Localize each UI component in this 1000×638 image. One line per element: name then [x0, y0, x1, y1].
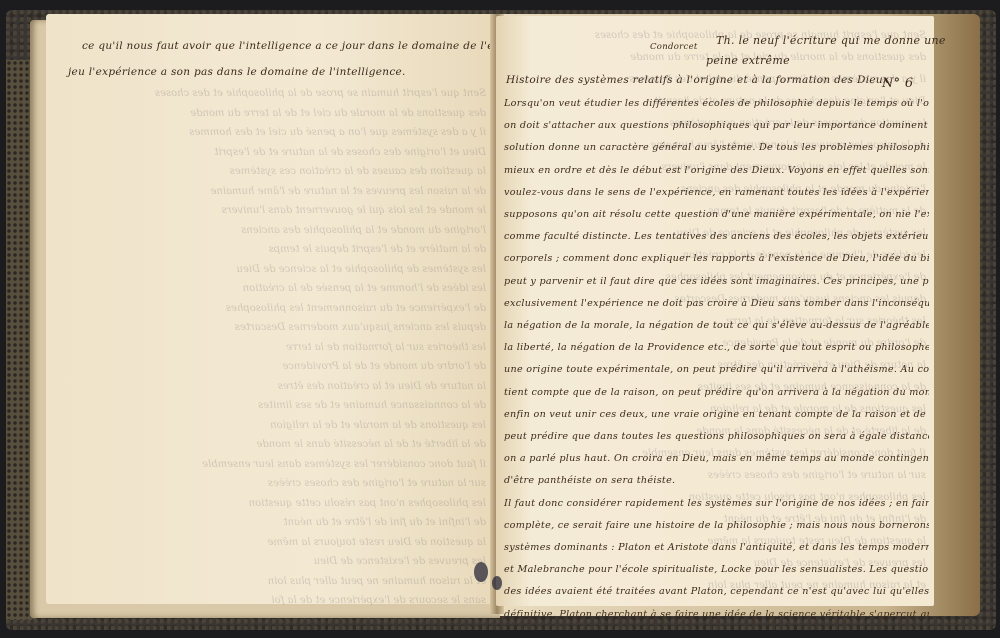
- manuscript-line: exclusivement l'expérience ne doit pas c…: [504, 298, 929, 309]
- manuscript-line: Il faut donc considérer rapidement les s…: [504, 498, 929, 509]
- manuscript-line: on a parlé plus haut. On croira en Dieu,…: [504, 453, 929, 464]
- ink-blot: [474, 562, 488, 582]
- manuscript-line: solution donne un caractère général au s…: [504, 142, 929, 153]
- bleed-through-line: de l'expérience et du raisonnement les p…: [66, 299, 486, 319]
- bleed-through-line: sur la nature et l'origine des choses cr…: [66, 474, 486, 494]
- bleed-through-line: il faut donc considérer les systèmes dan…: [66, 455, 486, 475]
- section-title: Histoire des systèmes relatifs à l'origi…: [506, 74, 893, 86]
- manuscript-line: peut y parvenir et il faut dire que ces …: [504, 276, 929, 287]
- bleed-through-line: sans le secours de l'expérience et de la…: [66, 591, 486, 611]
- manuscript-line: Lorsqu'on veut étudier les différentes é…: [504, 98, 929, 109]
- bleed-through-line: Dieu et l'origine des choses de la natur…: [66, 143, 486, 163]
- manuscript-line: enfin on veut unir ces deux, une vraie o…: [504, 409, 929, 420]
- header-line: Th. le neuf l'écriture qui me donne une: [716, 34, 946, 47]
- bleed-through-line: les idées de l'homme et la pensée de la …: [66, 279, 486, 299]
- manuscript-line: tient compte que de la raison, on peut p…: [504, 387, 929, 398]
- manuscript-line: comme faculté distincte. Les tentatives …: [504, 231, 929, 242]
- left-page-line: jeu l'expérience a son pas dans le domai…: [68, 66, 406, 78]
- bleed-through-line: les preuves de l'existence de Dieu: [66, 552, 486, 572]
- bleed-through-line: les questions de la morale et de la reli…: [66, 416, 486, 436]
- manuscript-line: une origine toute expérimentale, on peut…: [504, 364, 929, 375]
- manuscript-line: corporels ; comment donc expliquer les r…: [504, 253, 929, 264]
- bleed-through-line: des questions de la morale du ciel et de…: [66, 104, 486, 124]
- bleed-through-line: Sent que l'esprit humain se prose de la …: [66, 84, 486, 104]
- manuscript-line: mieux en ordre et dès le début est l'ori…: [504, 165, 929, 176]
- manuscript-line: la liberté, la négation de la Providence…: [504, 342, 929, 353]
- bleed-through-line: les théories sur la formation de la terr…: [66, 338, 486, 358]
- page-number: N° 6: [882, 76, 913, 91]
- bleed-through-line: les systèmes de philosophie et la scienc…: [66, 260, 486, 280]
- bleed-through-line: depuis les anciens jusqu'aux modernes De…: [66, 318, 486, 338]
- bleed-through-line: et la raison humaine ne peut aller plus …: [66, 572, 486, 592]
- bleed-through-line: de la connaissance humaine et de ses lim…: [66, 396, 486, 416]
- bleed-through-line: l'origine du monde et la philosophie des…: [66, 221, 486, 241]
- margin-note: Condorcet: [650, 42, 698, 52]
- bleed-through-line: le monde et les lois qui le gouvernent d…: [66, 201, 486, 221]
- manuscript-line: voulez-vous dans le sens de l'expérience…: [504, 187, 929, 198]
- manuscript-line: d'être panthéiste on sera théiste.: [504, 475, 929, 486]
- manuscript-line: complète, ce serait faire une histoire d…: [504, 520, 929, 531]
- manuscript-line: peut prédire que dans toutes les questio…: [504, 431, 929, 442]
- manuscript-line: la négation de la morale, la négation de…: [504, 320, 929, 331]
- bleed-through-line: la question de Dieu reste toujours la mê…: [66, 533, 486, 553]
- bleed-through-line: de la liberté et de la nécessité dans le…: [66, 435, 486, 455]
- bleed-through-line: les philosophes n'ont pas résolu cette q…: [66, 494, 486, 514]
- manuscript-line: des idées avaient été traitées avant Pla…: [504, 586, 929, 597]
- bleed-through-line: de la raison les preuves et la nature de…: [66, 182, 486, 202]
- bleed-through-line: la nature de Dieu et la création des êtr…: [66, 377, 486, 397]
- right-page: Sent que l'esprit humain se prose de la …: [496, 16, 934, 606]
- bleed-through-line: de la matière et de l'esprit depuis le t…: [66, 240, 486, 260]
- manuscript-line: et Malebranche pour l'école spiritualist…: [504, 564, 929, 575]
- bleed-through-line: de l'infini et du fini de l'être et du n…: [66, 513, 486, 533]
- bleed-through-line: de l'ordre du monde et de la Providence: [66, 357, 486, 377]
- manuscript-line: systèmes dominants : Platon et Aristote …: [504, 542, 929, 553]
- manuscript-line: on doit s'attacher aux questions philoso…: [504, 120, 929, 131]
- manuscript-line: supposons qu'on ait résolu cette questio…: [504, 209, 929, 220]
- bleed-through-line: il y a des systèmes que l'on a pensé du …: [66, 123, 486, 143]
- left-page: Sent que l'esprit humain se prose de la …: [46, 14, 496, 604]
- header-line: peine extrême: [706, 54, 790, 67]
- bleed-through-line: la question des causes de la création ce…: [66, 162, 486, 182]
- manuscript-line: définitive. Platon cherchant à se faire …: [504, 609, 929, 620]
- ink-blot: [492, 576, 502, 590]
